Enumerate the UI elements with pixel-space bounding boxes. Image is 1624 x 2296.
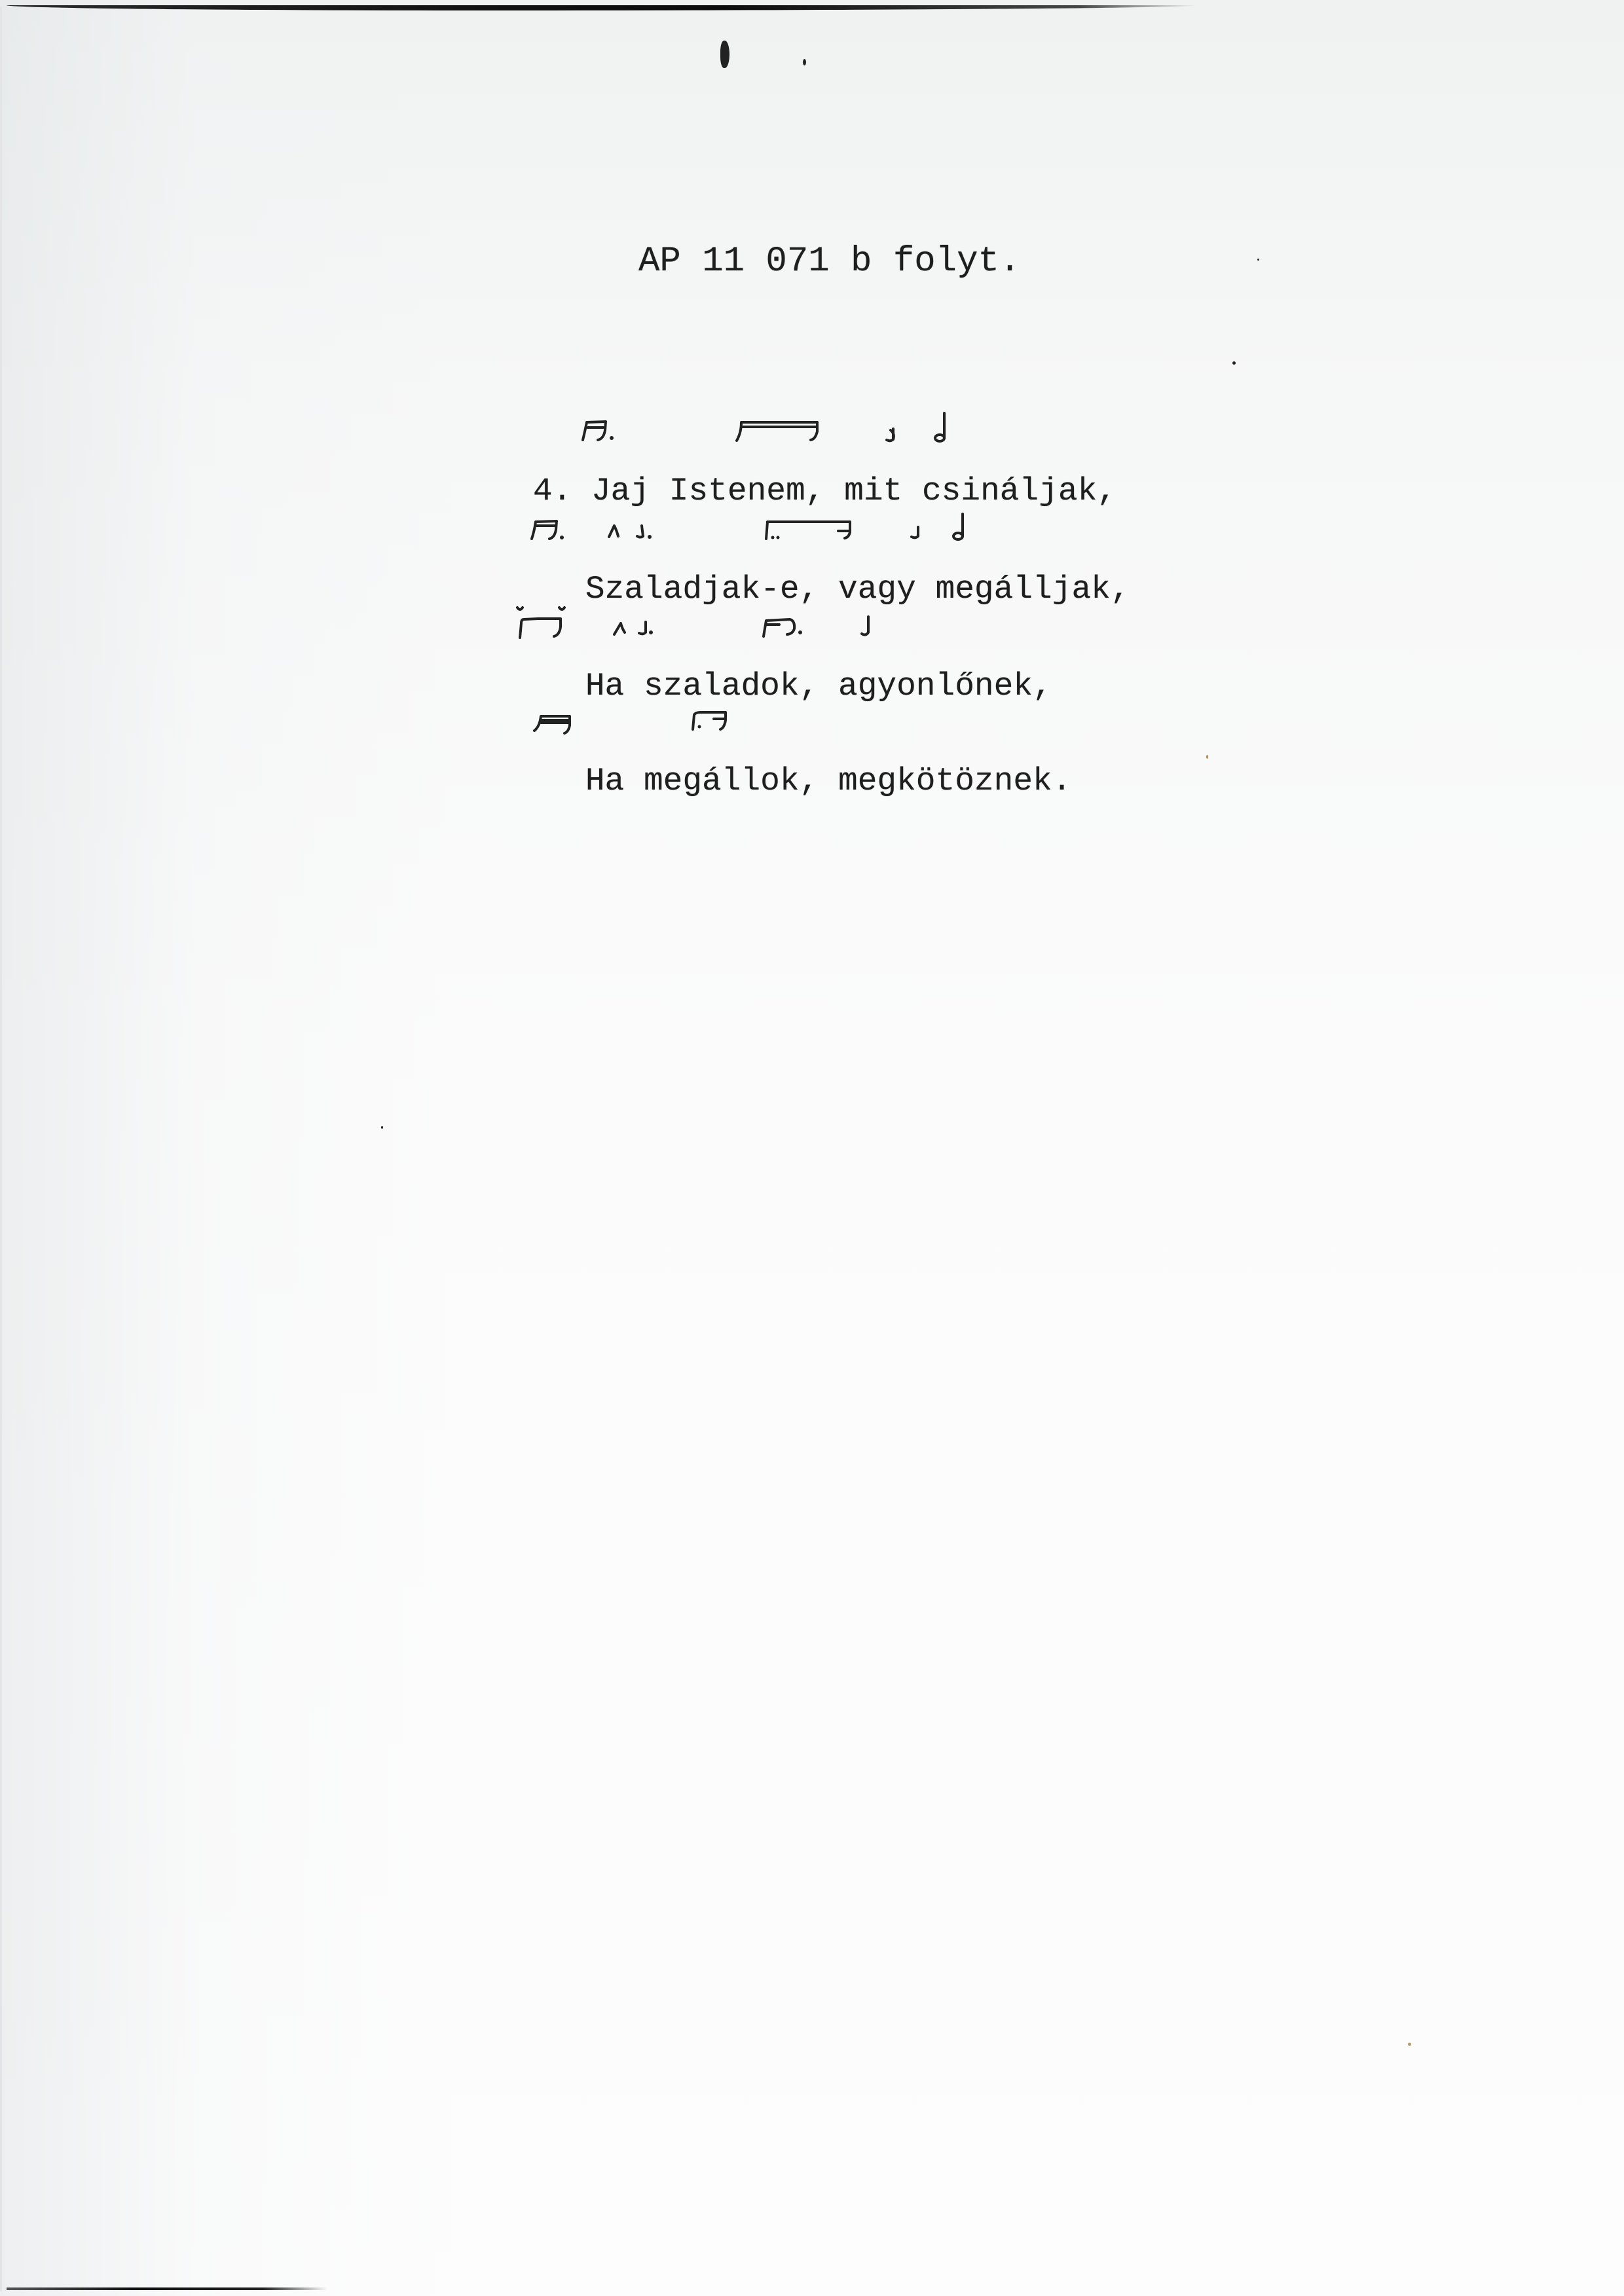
scanner-edge-left xyxy=(0,7,2,2291)
ink-speck xyxy=(1206,755,1208,759)
verse-line-text: Szaladjak-e, vagy megálljak, xyxy=(585,571,1130,608)
ink-blemish xyxy=(720,41,729,68)
ink-speck xyxy=(1232,361,1236,365)
ink-speck xyxy=(1408,2043,1411,2046)
verse-line-4: Ha megállok, megkötöznek. xyxy=(507,722,1071,840)
stanza-number: 4. xyxy=(533,473,572,509)
scanner-edge-top xyxy=(7,5,1198,10)
ink-speck xyxy=(1257,259,1259,261)
verse-line-text: Ha megállok, megkötöznek. xyxy=(585,763,1072,799)
verse-line-text: Ha szaladok, agyonlőnek, xyxy=(585,668,1052,704)
scanner-edge-bottom xyxy=(7,2287,327,2290)
document-reference-header: AP 11 071 b folyt. xyxy=(638,241,1020,283)
scanned-page: AP 11 071 b folyt. 4. Jaj Istenem, mit c… xyxy=(0,0,1624,2296)
ink-speck xyxy=(381,1126,383,1129)
ink-speck xyxy=(803,59,806,65)
verse-line-text: Jaj Istenem, mit csináljak, xyxy=(591,473,1116,509)
